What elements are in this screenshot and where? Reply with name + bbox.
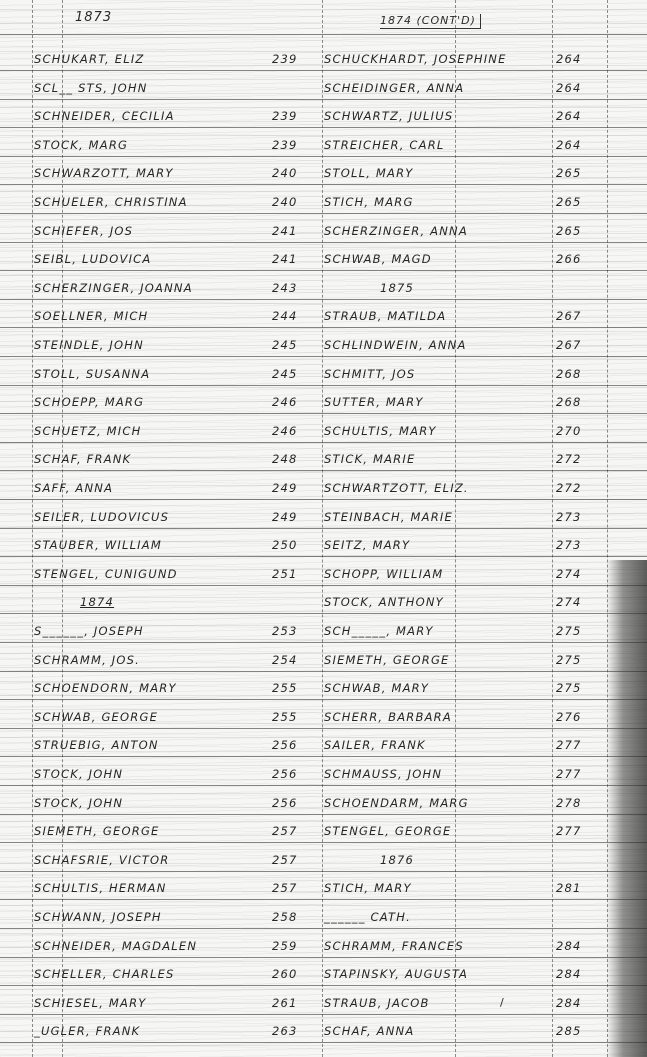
row-rule — [0, 871, 647, 872]
right-entry-page: 281 — [556, 881, 582, 895]
right-entry-name: SCHOENDARM, MARG — [324, 796, 469, 810]
left-entry-page: 245 — [272, 367, 298, 381]
left-entry-page: 239 — [272, 109, 298, 123]
index-row: SCHAF, FRANK248STICK, MARIE272 — [0, 446, 647, 474]
ledger-page: 1873 1874 (CONT'D) SCHUKART, ELIZ239SCHU… — [0, 0, 647, 1057]
right-entry-name: SCHUCKHARDT, JOSEPHINE — [324, 52, 507, 66]
right-entry-name: SIEMETH, GEORGE — [324, 653, 450, 667]
row-rule — [0, 70, 647, 71]
right-entry-page: 275 — [556, 681, 582, 695]
right-entry-name: SAILER, FRANK — [324, 738, 426, 752]
left-entry-page: 256 — [272, 767, 298, 781]
index-row: SCL__ STS, JOHNSCHEIDINGER, ANNA264 — [0, 75, 647, 103]
left-entry-name: SCHNEIDER, MAGDALEN — [34, 939, 197, 953]
right-entry-page: 278 — [556, 796, 582, 810]
left-year-heading: 1873 — [75, 10, 112, 25]
left-entry-page: 249 — [272, 481, 298, 495]
right-entry-name: SCHOPP, WILLIAM — [324, 567, 443, 581]
right-entry-page: 275 — [556, 653, 582, 667]
right-entry-page: 272 — [556, 452, 582, 466]
index-row: SCHUETZ, MICH246SCHULTIS, MARY270 — [0, 418, 647, 446]
index-row: SCHNEIDER, CECILIA239SCHWARTZ, JULIUS264 — [0, 103, 647, 131]
row-rule — [0, 156, 647, 157]
row-rule — [0, 470, 647, 471]
left-entry-page: 259 — [272, 939, 298, 953]
right-entry-name: STRAUB, MATILDA — [324, 309, 446, 323]
right-entry-page: 264 — [556, 138, 582, 152]
left-entry-page: 245 — [272, 338, 298, 352]
left-entry-name: SCHAF, FRANK — [34, 452, 131, 466]
index-row: SCHELLER, CHARLES260STAPINSKY, AUGUSTA28… — [0, 961, 647, 989]
left-entry-name: SCHIESEL, MARY — [34, 996, 147, 1010]
right-entry-page: 277 — [556, 824, 582, 838]
row-rule — [0, 270, 647, 271]
left-entry-page: 243 — [272, 281, 298, 295]
left-entry-name: SCHUELER, CHRISTINA — [34, 195, 188, 209]
right-entry-page: 264 — [556, 109, 582, 123]
index-row: STAUBER, WILLIAM250SEITZ, MARY273 — [0, 532, 647, 560]
left-entry-page: 241 — [272, 252, 298, 266]
row-rule — [0, 127, 647, 128]
left-entry-name: SCL__ STS, JOHN — [34, 81, 148, 95]
row-rule — [0, 613, 647, 614]
row-rule — [0, 928, 647, 929]
index-row: STOCK, JOHN256SCHMAUSS, JOHN277 — [0, 761, 647, 789]
index-row: SCHAFSRIE, VICTOR2571876 — [0, 847, 647, 875]
left-year-subheading: 1874 — [80, 595, 114, 609]
row-rule — [0, 842, 647, 843]
right-entry-name: STICK, MARIE — [324, 452, 415, 466]
right-entry-name: SCHMITT, JOS — [324, 367, 415, 381]
left-entry-page: 239 — [272, 52, 298, 66]
left-entry-name: STOCK, JOHN — [34, 767, 123, 781]
right-entry-page: 275 — [556, 624, 582, 638]
index-row: _UGLER, FRANK263SCHAF, ANNA285 — [0, 1018, 647, 1046]
right-entry-page: 264 — [556, 52, 582, 66]
left-entry-page: 263 — [272, 1024, 298, 1038]
right-entry-name: STENGEL, GEORGE — [324, 824, 452, 838]
left-entry-page: 255 — [272, 710, 298, 724]
right-entry-page: 268 — [556, 367, 582, 381]
right-entry-page: 274 — [556, 567, 582, 581]
left-entry-name: SEIBL, LUDOVICA — [34, 252, 151, 266]
left-entry-page: 256 — [272, 738, 298, 752]
binding-shadow — [607, 560, 647, 1057]
left-entry-page: 239 — [272, 138, 298, 152]
right-entry-name: SCHEIDINGER, ANNA — [324, 81, 464, 95]
left-entry-name: _UGLER, FRANK — [34, 1024, 140, 1038]
row-rule — [0, 1014, 647, 1015]
right-entry-page: 284 — [556, 967, 582, 981]
right-entry-page: 268 — [556, 395, 582, 409]
index-row: SEIBL, LUDOVICA241SCHWAB, MAGD266 — [0, 246, 647, 274]
right-entry-page: 284 — [556, 939, 582, 953]
header-rule — [0, 34, 647, 35]
row-rule — [0, 585, 647, 586]
left-entry-page: 258 — [272, 910, 298, 924]
left-entry-name: SCHAFSRIE, VICTOR — [34, 853, 169, 867]
right-entry-name: STREICHER, CARL — [324, 138, 445, 152]
right-entry-page: 277 — [556, 738, 582, 752]
right-entry-name: SCHWARTZOTT, ELIZ. — [324, 481, 469, 495]
right-entry-name: SCHRAMM, FRANCES — [324, 939, 464, 953]
left-entry-name: SAFF, ANNA — [34, 481, 113, 495]
row-rule — [0, 213, 647, 214]
right-year-heading-text: 1874 (CONT'D) — [380, 14, 481, 29]
row-rule — [0, 785, 647, 786]
right-entry-name: ______ CATH. — [324, 910, 411, 924]
row-rule — [0, 556, 647, 557]
left-entry-page: 251 — [272, 567, 298, 581]
right-entry-name: SCHWARTZ, JULIUS — [324, 109, 453, 123]
right-year-subheading: 1875 — [380, 281, 414, 295]
left-entry-name: S______, JOSEPH — [34, 624, 144, 638]
right-entry-page: 274 — [556, 595, 582, 609]
index-row: SCHUELER, CHRISTINA240STICH, MARG265 — [0, 189, 647, 217]
right-entry-name: STICH, MARY — [324, 881, 412, 895]
row-rule — [0, 184, 647, 185]
row-rule — [0, 1042, 647, 1043]
index-row: SCHWAB, GEORGE255SCHERR, BARBARA276 — [0, 704, 647, 732]
right-entry-page: 273 — [556, 538, 582, 552]
index-row: S______, JOSEPH253SCH_____, MARY275 — [0, 618, 647, 646]
right-entry-name: STOLL, MARY — [324, 166, 414, 180]
index-row: SCHOEPP, MARG246SUTTER, MARY268 — [0, 389, 647, 417]
row-rule — [0, 442, 647, 443]
right-entry-name: SCHMAUSS, JOHN — [324, 767, 442, 781]
left-entry-name: STRUEBIG, ANTON — [34, 738, 159, 752]
right-entry-name: SCH_____, MARY — [324, 624, 434, 638]
row-rule — [0, 699, 647, 700]
right-entry-page: 273 — [556, 510, 582, 524]
left-entry-name: STOCK, MARG — [34, 138, 128, 152]
row-rule — [0, 756, 647, 757]
right-entry-page: 264 — [556, 81, 582, 95]
index-row: SCHIESEL, MARY261STRAUB, JACOB284/ — [0, 990, 647, 1018]
row-rule — [0, 99, 647, 100]
index-row: SAFF, ANNA249SCHWARTZOTT, ELIZ.272 — [0, 475, 647, 503]
right-entry-page: 265 — [556, 224, 582, 238]
right-entry-name: STRAUB, JACOB — [324, 996, 430, 1010]
index-row: STOCK, JOHN256SCHOENDARM, MARG278 — [0, 790, 647, 818]
right-entry-name: SCHWAB, MARY — [324, 681, 429, 695]
left-entry-name: STENGEL, CUNIGUND — [34, 567, 178, 581]
right-entry-name: STAPINSKY, AUGUSTA — [324, 967, 468, 981]
left-entry-name: SCHELLER, CHARLES — [34, 967, 175, 981]
left-entry-name: SCHWANN, JOSEPH — [34, 910, 162, 924]
row-rule — [0, 728, 647, 729]
right-entry-page: 277 — [556, 767, 582, 781]
right-entry-page: 276 — [556, 710, 582, 724]
left-entry-name: SCHERZINGER, JOANNA — [34, 281, 193, 295]
left-entry-page: 260 — [272, 967, 298, 981]
index-row: STENGEL, CUNIGUND251SCHOPP, WILLIAM274 — [0, 561, 647, 589]
index-row: SEILER, LUDOVICUS249STEINBACH, MARIE273 — [0, 504, 647, 532]
left-entry-name: SOELLNER, MICH — [34, 309, 148, 323]
left-entry-name: SCHRAMM, JOS. — [34, 653, 140, 667]
row-rule — [0, 957, 647, 958]
index-row: SCHWARZOTT, MARY240STOLL, MARY265 — [0, 160, 647, 188]
index-row: STOCK, ANTHONY2741874 — [0, 589, 647, 617]
left-entry-page: 241 — [272, 224, 298, 238]
right-entry-name: SCHLINDWEIN, ANNA — [324, 338, 467, 352]
row-rule — [0, 814, 647, 815]
index-row: STOCK, MARG239STREICHER, CARL264 — [0, 132, 647, 160]
left-entry-page: 244 — [272, 309, 298, 323]
left-entry-name: SIEMETH, GEORGE — [34, 824, 160, 838]
check-mark: / — [500, 996, 505, 1009]
row-rule — [0, 356, 647, 357]
left-entry-page: 255 — [272, 681, 298, 695]
right-entry-name: SCHERR, BARBARA — [324, 710, 452, 724]
right-entry-page: 270 — [556, 424, 582, 438]
left-entry-name: STOLL, SUSANNA — [34, 367, 150, 381]
row-rule — [0, 413, 647, 414]
left-entry-name: SEILER, LUDOVICUS — [34, 510, 169, 524]
row-rule — [0, 671, 647, 672]
right-entry-name: SUTTER, MARY — [324, 395, 424, 409]
left-entry-page: 240 — [272, 166, 298, 180]
index-row: SOELLNER, MICH244STRAUB, MATILDA267 — [0, 303, 647, 331]
left-entry-page: 257 — [272, 824, 298, 838]
row-rule — [0, 899, 647, 900]
left-entry-page: 254 — [272, 653, 298, 667]
row-rule — [0, 385, 647, 386]
row-rule — [0, 528, 647, 529]
right-entry-name: STICH, MARG — [324, 195, 414, 209]
index-row: SCHOENDORN, MARY255SCHWAB, MARY275 — [0, 675, 647, 703]
index-row: SCHULTIS, HERMAN257STICH, MARY281 — [0, 875, 647, 903]
right-entry-name: SEITZ, MARY — [324, 538, 410, 552]
index-row: SCHRAMM, JOS.254SIEMETH, GEORGE275 — [0, 647, 647, 675]
left-entry-page: 250 — [272, 538, 298, 552]
right-entry-page: 267 — [556, 309, 582, 323]
index-row: SCHUKART, ELIZ239SCHUCKHARDT, JOSEPHINE2… — [0, 46, 647, 74]
right-entry-name: SCHAF, ANNA — [324, 1024, 414, 1038]
right-entry-page: 265 — [556, 166, 582, 180]
right-entry-name: SCHULTIS, MARY — [324, 424, 437, 438]
left-entry-name: SCHNEIDER, CECILIA — [34, 109, 175, 123]
left-entry-name: SCHWARZOTT, MARY — [34, 166, 174, 180]
right-entry-page: 284 — [556, 996, 582, 1010]
left-entry-name: SCHUKART, ELIZ — [34, 52, 145, 66]
index-row: SCHWANN, JOSEPH258______ CATH. — [0, 904, 647, 932]
index-row: STEINDLE, JOHN245SCHLINDWEIN, ANNA267 — [0, 332, 647, 360]
row-rule — [0, 299, 647, 300]
index-row: SCHERZINGER, JOANNA2431875 — [0, 275, 647, 303]
right-entry-page: 266 — [556, 252, 582, 266]
left-entry-name: SCHOENDORN, MARY — [34, 681, 177, 695]
left-entry-page: 240 — [272, 195, 298, 209]
index-row: SCHNEIDER, MAGDALEN259SCHRAMM, FRANCES28… — [0, 933, 647, 961]
left-entry-page: 253 — [272, 624, 298, 638]
right-entry-page: 267 — [556, 338, 582, 352]
left-entry-page: 246 — [272, 424, 298, 438]
left-entry-page: 257 — [272, 853, 298, 867]
right-entry-name: STOCK, ANTHONY — [324, 595, 444, 609]
left-entry-name: SCHWAB, GEORGE — [34, 710, 158, 724]
right-entry-name: SCHERZINGER, ANNA — [324, 224, 468, 238]
right-year-heading: 1874 (CONT'D) — [380, 14, 481, 27]
index-row: SIEMETH, GEORGE257STENGEL, GEORGE277 — [0, 818, 647, 846]
left-entry-page: 248 — [272, 452, 298, 466]
left-entry-name: STEINDLE, JOHN — [34, 338, 144, 352]
left-entry-page: 246 — [272, 395, 298, 409]
left-entry-page: 256 — [272, 796, 298, 810]
index-row: STOLL, SUSANNA245SCHMITT, JOS268 — [0, 361, 647, 389]
right-entry-page: 265 — [556, 195, 582, 209]
row-rule — [0, 642, 647, 643]
left-entry-name: SCHIEFER, JOS — [34, 224, 133, 238]
right-year-subheading: 1876 — [380, 853, 414, 867]
left-entry-page: 261 — [272, 996, 298, 1010]
left-entry-name: SCHULTIS, HERMAN — [34, 881, 167, 895]
left-entry-name: SCHUETZ, MICH — [34, 424, 141, 438]
left-entry-page: 249 — [272, 510, 298, 524]
row-rule — [0, 985, 647, 986]
right-entry-name: STEINBACH, MARIE — [324, 510, 453, 524]
row-rule — [0, 327, 647, 328]
row-rule — [0, 242, 647, 243]
row-rule — [0, 499, 647, 500]
left-entry-name: SCHOEPP, MARG — [34, 395, 144, 409]
right-entry-page: 272 — [556, 481, 582, 495]
left-entry-name: STOCK, JOHN — [34, 796, 123, 810]
index-row: SCHIEFER, JOS241SCHERZINGER, ANNA265 — [0, 218, 647, 246]
index-row: STRUEBIG, ANTON256SAILER, FRANK277 — [0, 732, 647, 760]
right-entry-name: SCHWAB, MAGD — [324, 252, 432, 266]
left-entry-name: STAUBER, WILLIAM — [34, 538, 162, 552]
left-entry-page: 257 — [272, 881, 298, 895]
right-entry-page: 285 — [556, 1024, 582, 1038]
